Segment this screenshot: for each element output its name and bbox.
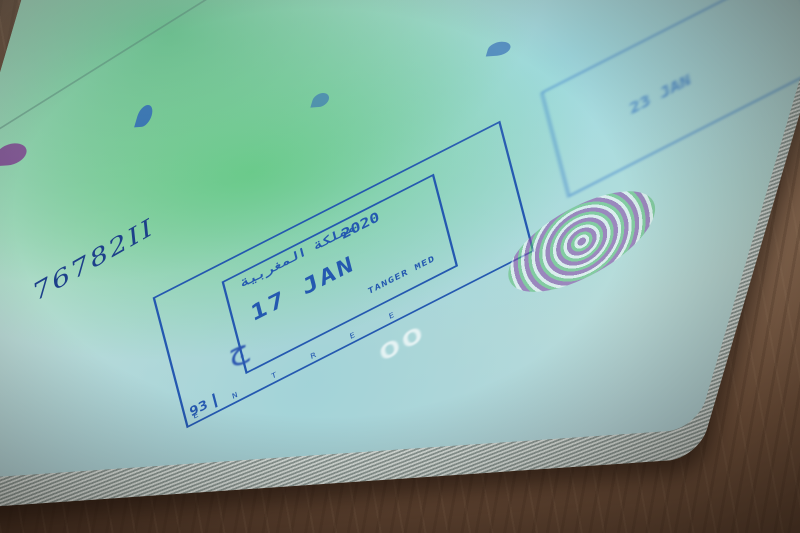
stamp-year: 2020 — [339, 208, 381, 242]
security-rosette — [500, 171, 663, 313]
background-entry-stamp: 23 JAN — [541, 0, 800, 198]
page-watermark: OO — [377, 322, 428, 367]
handwritten-number: 76782II — [29, 214, 158, 307]
entry-stamp: 93 مملكة المغربية 2020 17 JAN TANGER MED… — [153, 121, 535, 429]
fold-line — [0, 0, 251, 161]
passport-page: 76782II 23 JAN 93 مملكة المغربية 2020 17… — [0, 0, 800, 485]
stamp-date: 17 JAN — [248, 250, 357, 326]
purple-ink-mark — [0, 142, 29, 166]
background-stamp-date: 23 JAN — [628, 71, 692, 118]
stamp-location: TANGER MED — [367, 254, 436, 296]
blue-ink-mark — [134, 104, 155, 127]
passport: 76782II 23 JAN 93 مملكة المغربية 2020 17… — [0, 0, 800, 517]
blue-ink-mark — [486, 41, 513, 57]
photo-scene: 76782II 23 JAN 93 مملكة المغربية 2020 17… — [0, 0, 800, 533]
blue-ink-mark — [310, 92, 330, 107]
